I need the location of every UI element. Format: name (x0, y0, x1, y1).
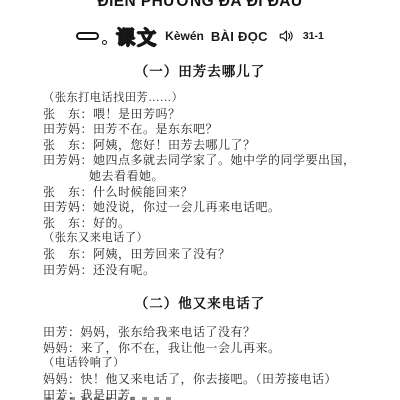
section-1: （一）田芳去哪儿了 （张东打电话找田芳……）张 东：喂！是田芳吗？田芳妈：田芳不… (0, 60, 400, 278)
speaker-label: 张 东： (43, 107, 93, 121)
dialogue-line: 田芳妈：田芳不在。是东东吧？ (43, 122, 383, 138)
dialogue-line: 田芳：妈妈，张东给我来电话了没有？ (43, 325, 383, 341)
dialogue-text: 好的。 (93, 216, 131, 230)
dialogue-text: 阿姨，您好！田芳去哪儿了？ (93, 138, 256, 152)
speaker-label: 田芳妈： (43, 122, 93, 136)
speaker-label: 张 东： (43, 216, 93, 230)
dialogue-line: 张 东：阿姨，您好！田芳去哪儿了？ (43, 138, 383, 154)
dialogue-text: 田芳不在。是东东吧？ (93, 122, 218, 136)
speaker-label: 田芳： (43, 325, 81, 339)
speaker-label: 张 东： (43, 247, 93, 261)
dialogue-text-continuation: 她去看看她。 (89, 169, 164, 183)
lesson-title-vietnamese: BÀI ĐỌC (211, 29, 268, 44)
dialogue-text: 什么时候能回来？ (93, 185, 193, 199)
speaker-label: 田芳妈： (43, 200, 93, 214)
dialogue-line: 张 东：什么时候能回来？ (43, 185, 383, 201)
lesson-header: 课文 Kèwén BÀI ĐỌC 31-1 (0, 25, 400, 47)
textbook-page: ĐIỀN PHƯƠNG ĐÃ ĐI ĐÂU 课文 Kèwén BÀI ĐỌC 3… (0, 0, 400, 400)
section-2-heading: （二）他又来电话了 (0, 292, 400, 312)
dialogue-line: 田芳妈：她四点多就去同学家了。她中学的同学要出国，她去看看她。 (43, 153, 383, 184)
dialogue-line: 张 东：阿姨，田芳回来了没有？ (43, 247, 383, 263)
speaker-icon (279, 29, 294, 43)
dialogue-text: 妈妈，张东给我来电话了没有？ (81, 325, 256, 339)
speaker-label: 妈妈： (43, 341, 81, 355)
lesson-title-hollow: 课文 (116, 23, 158, 50)
hollow-number-one-icon (76, 32, 99, 40)
dialogue-text: 还没有呢。 (93, 263, 156, 277)
lesson-title-pinyin: Kèwén (165, 29, 204, 43)
section-2: （二）他又来电话了 田芳：妈妈，张东给我来电话了没有？妈妈：来了，你不在，我让他… (0, 292, 400, 400)
stage-direction: （张东又来电话了） (43, 231, 383, 247)
section-1-heading: （一）田芳去哪儿了 (0, 60, 400, 80)
speaker-label: 田芳妈： (43, 153, 93, 167)
speaker-label: 妈妈： (43, 372, 81, 386)
section-1-dialogue: （张东打电话找田芳……）张 东：喂！是田芳吗？田芳妈：田芳不在。是东东吧？张 东… (43, 91, 383, 278)
speaker-label: 张 东： (43, 138, 93, 152)
speaker-label: 田芳妈： (43, 263, 93, 277)
dialogue-line: 田芳妈：她没说，你过一会儿再来电话吧。 (43, 200, 383, 216)
cjk-period-icon (102, 40, 107, 45)
dialogue-text: 阿姨，田芳回来了没有？ (93, 247, 231, 261)
dialogue-line: 妈妈：来了，你不在，我让他一会儿再来。 (43, 341, 383, 357)
dialogue-line: 田芳妈：还没有呢。 (43, 263, 383, 279)
dialogue-line: 张 东：喂！是田芳吗？ (43, 107, 383, 123)
dialogue-text: 来了，你不在，我让他一会儿再来。 (81, 341, 281, 355)
dialogue-text: 她没说，你过一会儿再来电话吧。 (93, 200, 281, 214)
dialogue-line: 张 东：好的。 (43, 216, 383, 232)
dialogue-text: 她四点多就去同学家了。她中学的同学要出国， (93, 153, 356, 167)
stage-direction: （电话铃响了） (43, 356, 383, 372)
section-2-dialogue: 田芳：妈妈，张东给我来电话了没有？妈妈：来了，你不在，我让他一会儿再来。（电话铃… (43, 325, 383, 400)
dialogue-line: 妈妈：快！他又来电话了，你去接吧。（田芳接电话） (43, 372, 383, 388)
speaker-label: 张 东： (43, 185, 93, 199)
page-title: ĐIỀN PHƯƠNG ĐÃ ĐI ĐÂU (0, 0, 400, 11)
dialogue-text: 喂！是田芳吗？ (93, 107, 181, 121)
audio-track-number: 31-1 (303, 30, 324, 42)
stage-direction: （张东打电话找田芳……） (43, 91, 383, 107)
dialogue-text: 快！他又来电话了，你去接吧。（田芳接电话） (81, 372, 338, 386)
